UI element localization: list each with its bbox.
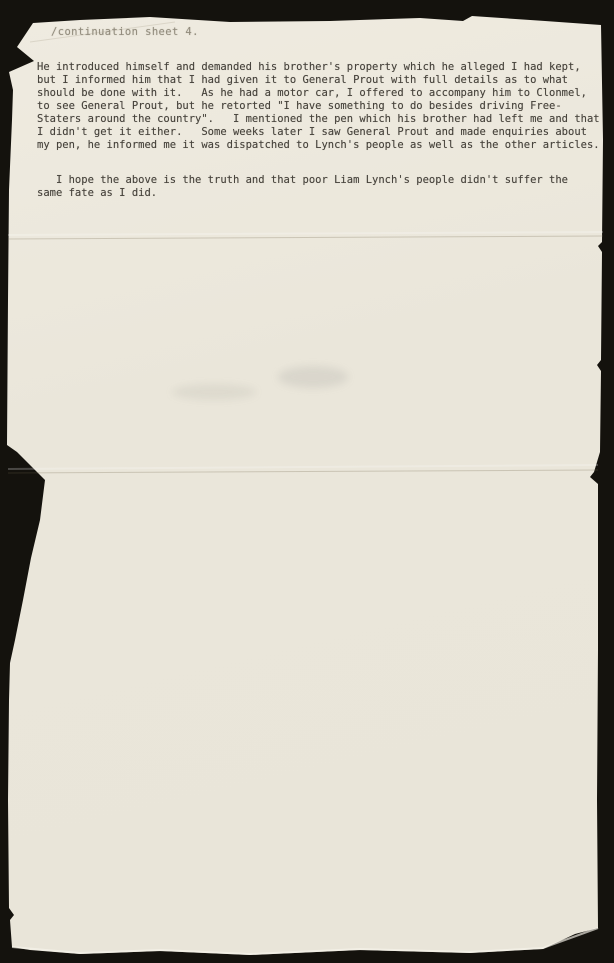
continuation-sheet-header: /continuation sheet 4. <box>51 26 199 39</box>
text-line: should be done with it. As he had a moto… <box>37 87 600 100</box>
typewritten-text-layer: /continuation sheet 4. He introduced him… <box>0 0 614 963</box>
text-line: I hope the above is the truth and that p… <box>37 174 568 187</box>
text-line: Staters around the country". I mentioned… <box>37 113 600 126</box>
text-line: I didn't get it either. Some weeks later… <box>37 126 600 139</box>
scanned-document-page: /continuation sheet 4. He introduced him… <box>0 0 614 963</box>
text-line: but I informed him that I had given it t… <box>37 74 600 87</box>
text-line: He introduced himself and demanded his b… <box>37 61 600 74</box>
paragraph-closing: I hope the above is the truth and that p… <box>37 174 568 200</box>
text-line: to see General Prout, but he retorted "I… <box>37 100 600 113</box>
text-line: same fate as I did. <box>37 187 568 200</box>
paragraph-main: He introduced himself and demanded his b… <box>37 61 600 152</box>
text-line: my pen, he informed me it was dispatched… <box>37 139 600 152</box>
